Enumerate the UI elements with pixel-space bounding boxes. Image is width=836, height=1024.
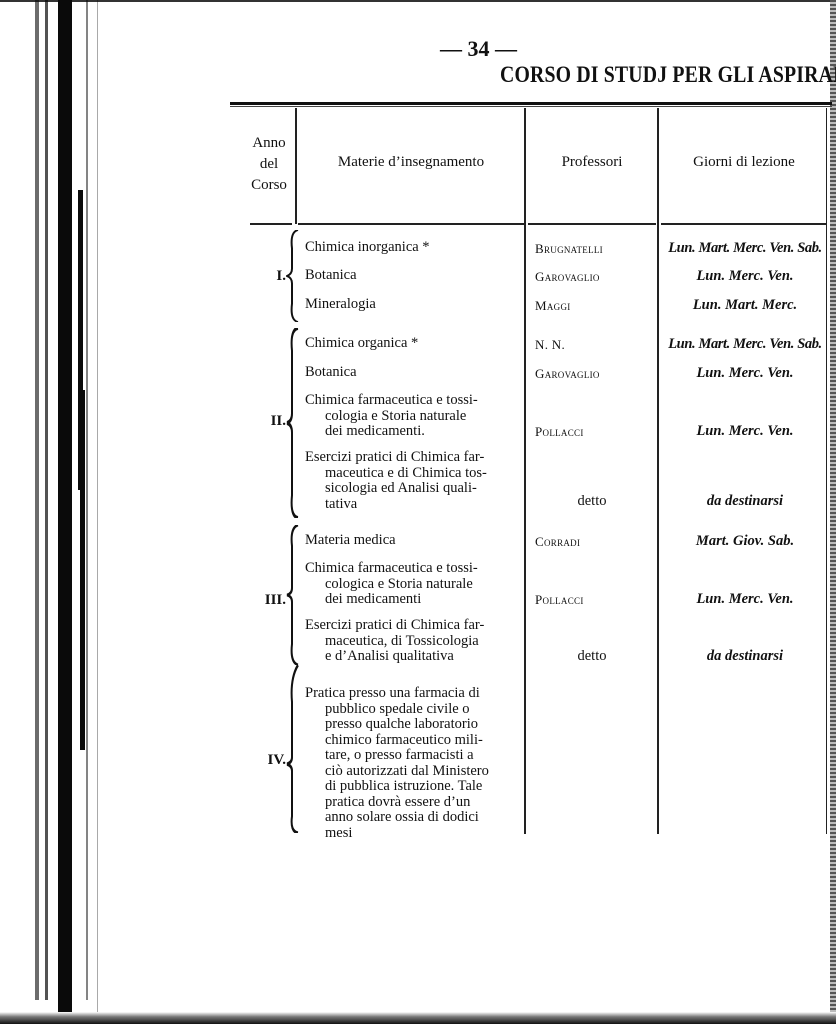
professor-cell: Pollacci: [535, 592, 655, 608]
days-cell: Lun. Merc. Ven.: [660, 365, 830, 382]
subject-line: Chimica inorganica *: [305, 240, 518, 256]
subject-line: Botanica: [305, 268, 518, 284]
curly-brace-icon: [286, 525, 300, 665]
professor-cell: detto: [528, 493, 656, 510]
year-label: I.: [246, 268, 286, 285]
year-label: IV.: [246, 752, 286, 769]
subject-line: maceutica e di Chimica tos-: [305, 466, 518, 482]
days-cell: Lun. Merc. Ven.: [660, 591, 830, 608]
header-anno-line: Corso: [244, 175, 294, 196]
subject-line: pubblico spedale civile o: [305, 702, 518, 718]
subject-line: dei medicamenti.: [305, 424, 518, 440]
page-bottom-edge: [0, 1012, 836, 1024]
subject-line: sicologia ed Analisi quali-: [305, 481, 518, 497]
subject-cell: Chimica farmaceutica e tossi- cologica e…: [305, 561, 518, 608]
subject-line: ciò autorizzati dal Ministero: [305, 764, 518, 780]
subject-line: e d’Analisi qualitativa: [305, 649, 518, 665]
subject-line: tativa: [305, 497, 518, 513]
column-divider: [826, 108, 827, 834]
days-cell: da destinarsi: [660, 493, 830, 510]
subject-line: cologica e Storia naturale: [305, 577, 518, 593]
subject-cell: Mineralogia: [305, 297, 518, 313]
subject-line: mesi: [305, 826, 518, 842]
days-cell: Mart. Giov. Sab.: [660, 533, 830, 550]
subject-cell: Botanica: [305, 268, 518, 284]
table-top-rule-thin: [230, 106, 832, 107]
subject-line: Materia medica: [305, 533, 518, 549]
professor-cell: Garovaglio: [535, 366, 655, 382]
subject-cell: Chimica farmaceutica e tossi- cologia e …: [305, 393, 518, 440]
column-divider: [657, 108, 659, 834]
column-divider: [524, 108, 526, 834]
days-cell: Lun. Mart. Merc. Ven. Sab.: [660, 240, 830, 257]
days-cell: Lun. Mart. Merc.: [660, 297, 830, 314]
subject-cell: Esercizi pratici di Chimica far- maceuti…: [305, 450, 518, 512]
header-rule: [661, 223, 827, 225]
subject-line: tare, o presso farmacisti a: [305, 748, 518, 764]
page-top-edge: [0, 0, 836, 2]
subject-line: maceutica, di Tossicologia: [305, 634, 518, 650]
subject-line: dei medicamenti: [305, 592, 518, 608]
header-rule: [298, 223, 524, 225]
year-label: II.: [246, 413, 286, 430]
curly-brace-icon: [286, 230, 300, 322]
year-label: III.: [246, 592, 286, 609]
subject-cell: Materia medica: [305, 533, 518, 549]
header-anno-del-corso: Anno del Corso: [244, 133, 294, 196]
days-cell: Lun. Mart. Merc. Ven. Sab.: [660, 336, 830, 353]
book-spine-shadow: [0, 0, 100, 1024]
header-anno-line: Anno: [244, 133, 294, 154]
professor-cell: Brugnatelli: [535, 241, 655, 257]
subject-line: Chimica organica *: [305, 336, 518, 352]
professor-cell: Corradi: [535, 534, 655, 550]
days-cell: da destinarsi: [660, 648, 830, 665]
header-rule: [250, 223, 292, 225]
subject-line: pratica dovrà essere d’un: [305, 795, 518, 811]
professor-cell: Maggi: [535, 298, 655, 314]
subject-line: Esercizi pratici di Chimica far-: [305, 450, 518, 466]
subject-cell: Chimica organica *: [305, 336, 518, 352]
subject-line: di pubblica istruzione. Tale: [305, 779, 518, 795]
subject-line: cologia e Storia naturale: [305, 409, 518, 425]
table-top-rule: [230, 102, 832, 105]
page-number: — 34 —: [440, 36, 517, 62]
professor-cell: Garovaglio: [535, 269, 655, 285]
subject-line: anno solare ossia di dodici: [305, 810, 518, 826]
subject-line: Mineralogia: [305, 297, 518, 313]
professor-cell: detto: [528, 648, 656, 665]
header-giorni: Giorni di lezione: [662, 152, 826, 173]
subject-cell: Chimica inorganica *: [305, 240, 518, 256]
subject-line: Chimica farmaceutica e tossi-: [305, 561, 518, 577]
curly-brace-icon: [286, 328, 300, 518]
subject-cell: Botanica: [305, 365, 518, 381]
subject-line: Pratica presso una farmacia di: [305, 686, 518, 702]
subject-line: Botanica: [305, 365, 518, 381]
professor-cell: N. N.: [535, 337, 655, 353]
curly-brace-icon: [286, 665, 300, 833]
days-cell: Lun. Merc. Ven.: [660, 268, 830, 285]
header-rule: [528, 223, 656, 225]
running-title: CORSO DI STUDJ PER GLI ASPIRANTI: [500, 62, 836, 88]
page-right-edge: [830, 0, 836, 1024]
header-professori: Professori: [528, 152, 656, 173]
subject-line: Chimica farmaceutica e tossi-: [305, 393, 518, 409]
header-anno-line: del: [244, 154, 294, 175]
header-materie: Materie d’insegnamento: [300, 152, 522, 173]
column-divider: [295, 108, 297, 224]
days-cell: Lun. Merc. Ven.: [660, 423, 830, 440]
subject-line: chimico farmaceutico mili-: [305, 733, 518, 749]
subject-line: Esercizi pratici di Chimica far-: [305, 618, 518, 634]
subject-cell: Esercizi pratici di Chimica far- maceuti…: [305, 618, 518, 665]
professor-cell: Pollacci: [535, 424, 655, 440]
subject-line: presso qualche laboratorio: [305, 717, 518, 733]
subject-cell: Pratica presso una farmacia di pubblico …: [305, 686, 518, 841]
